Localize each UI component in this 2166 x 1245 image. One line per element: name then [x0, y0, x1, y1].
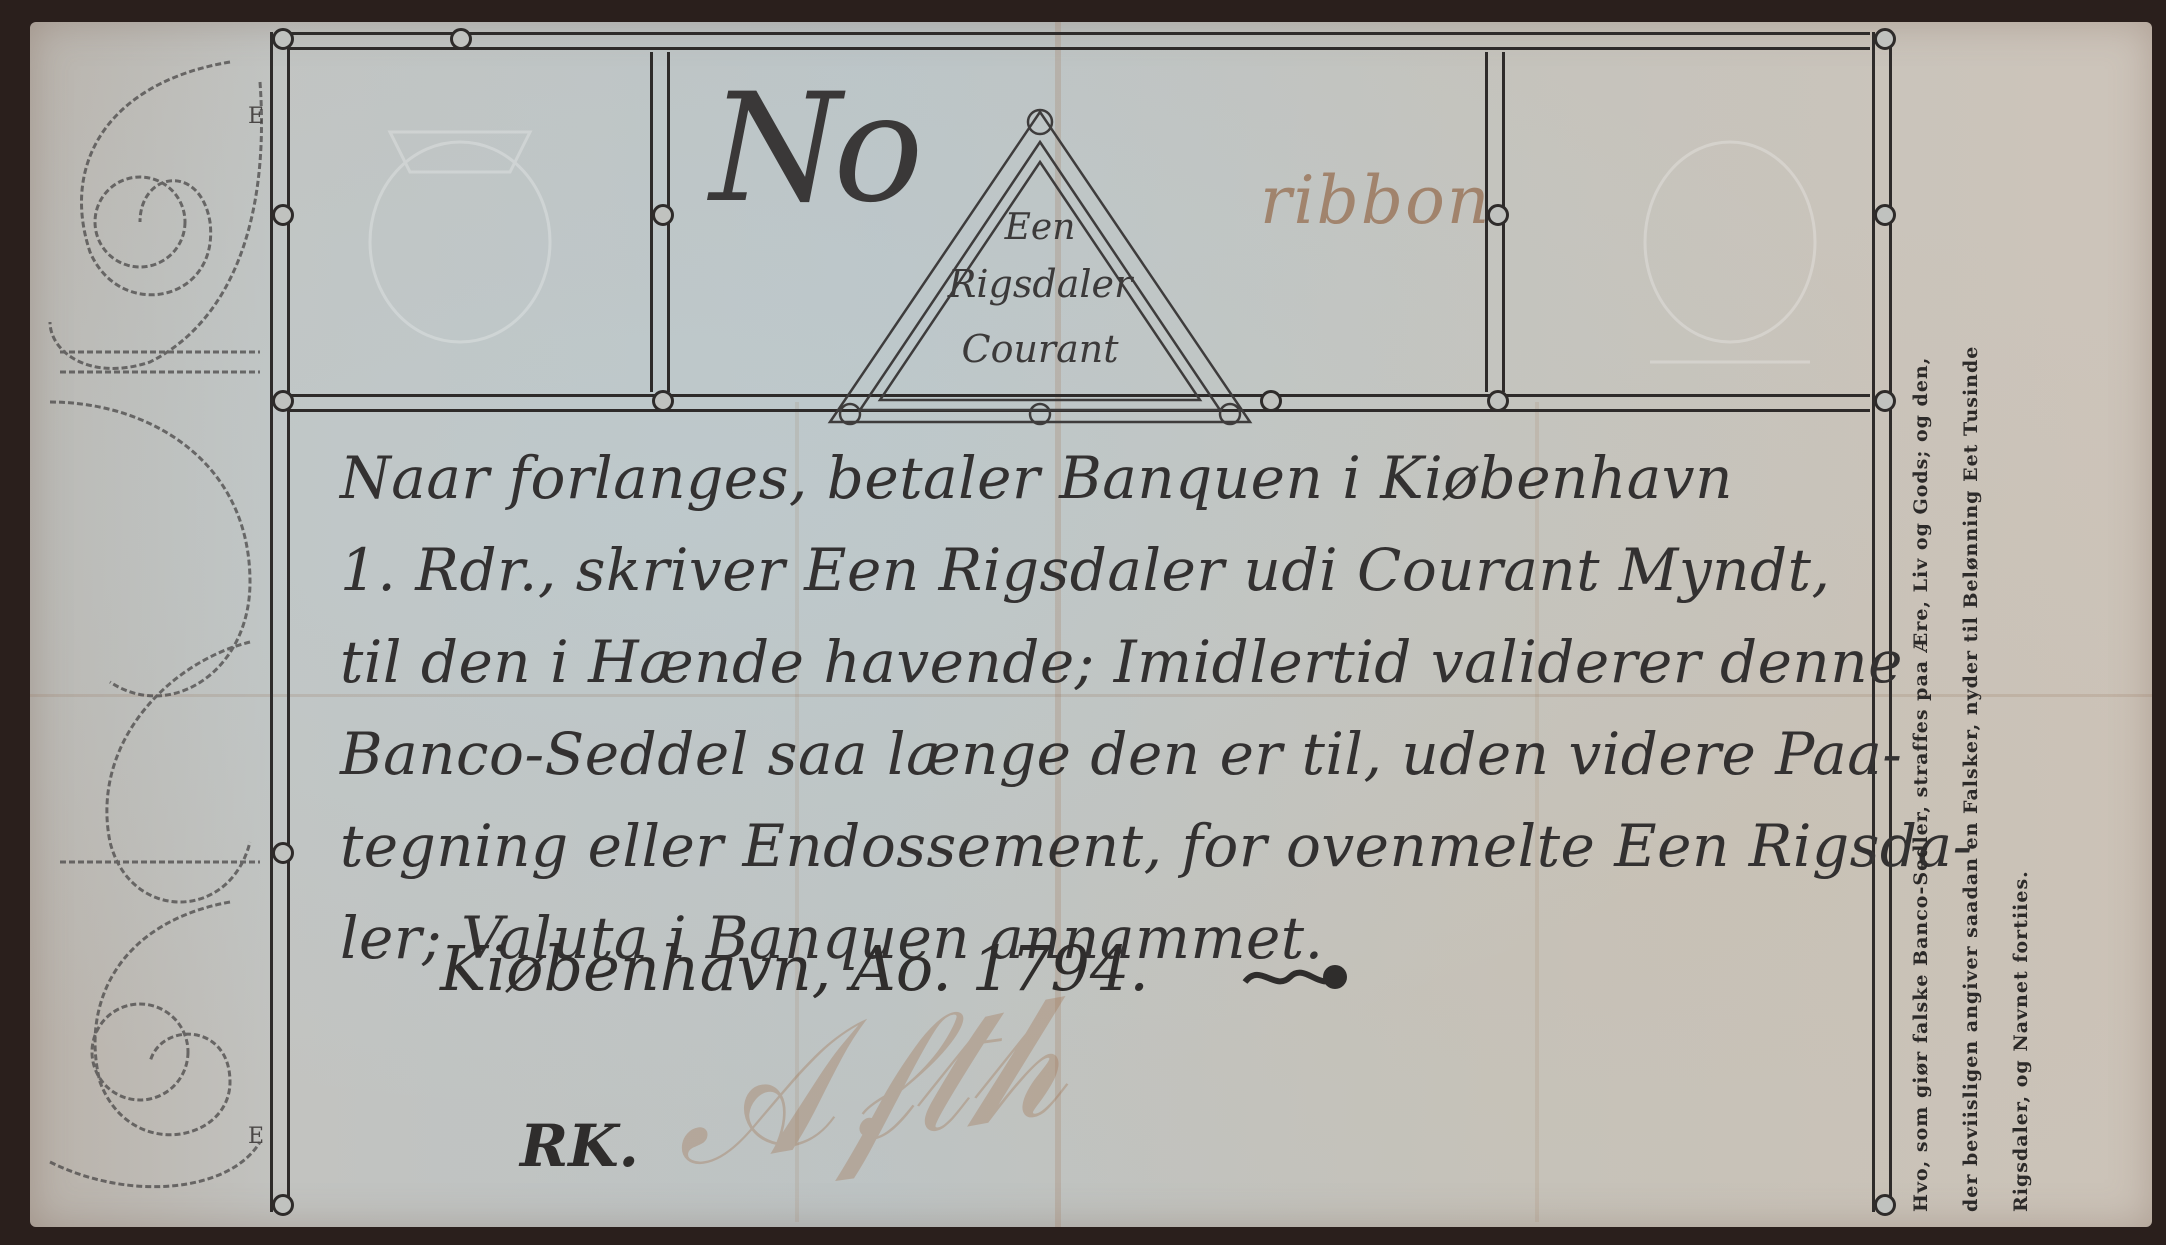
corner-mark-e: E: [248, 104, 264, 129]
triangle-line-3: Courant: [820, 327, 1260, 371]
corner-mark-e: E: [248, 1124, 264, 1149]
frame-knob: [1260, 390, 1282, 412]
watermark-crown-left: [330, 72, 590, 372]
side-warning-text-line-2: der beviisligen angiver saadan en Falske…: [1960, 82, 2000, 1212]
frame-knob: [272, 28, 294, 50]
body-line: til den i Hænde havende; Imidlertid vali…: [340, 616, 1900, 708]
side-warning-text-line-1: Hvo, som giør falske Banco-Sedler, straf…: [1910, 82, 1950, 1212]
frame-knob: [272, 1194, 294, 1216]
frame-knob: [272, 204, 294, 226]
frame-knob: [450, 28, 472, 50]
ornamental-scroll-border: [30, 22, 270, 1227]
frame-top-border: [290, 32, 1870, 50]
frame-knob: [1874, 28, 1896, 50]
promissory-text: Naar forlanges, betaler Banquen i Kiøben…: [340, 432, 1900, 984]
frame-knob: [1874, 1194, 1896, 1216]
body-line: Naar forlanges, betaler Banquen i Kiøben…: [340, 432, 1900, 524]
flourish-icon: [1240, 952, 1350, 1002]
handwritten-serial: ribbon: [1260, 162, 1491, 239]
frame-knob: [1874, 390, 1896, 412]
frame-knob: [652, 204, 674, 226]
denomination-triangle: Een Rigsdaler Courant: [820, 102, 1260, 432]
frame-knob: [1487, 390, 1509, 412]
triangle-line-1: Een: [820, 207, 1260, 248]
frame-knob: [272, 842, 294, 864]
frame-knob: [272, 390, 294, 412]
banknote: E E No: [30, 22, 2152, 1227]
side-warning-text-line-3: Rigsdaler, og Navnet fortiies.: [2010, 82, 2050, 1212]
frame-knob: [652, 390, 674, 412]
body-line: 1. Rdr., skriver Een Rigsdaler udi Coura…: [340, 524, 1900, 616]
frame-knob: [1874, 204, 1896, 226]
body-line: Banco-Seddel saa længe den er til, uden …: [340, 708, 1900, 800]
watermark-crown-right: [1610, 82, 1850, 382]
triangle-line-2: Rigsdaler: [820, 262, 1260, 306]
signature-initials: RK.: [520, 1112, 639, 1180]
body-line: tegning eller Endossement, for ovenmelte…: [340, 800, 1900, 892]
